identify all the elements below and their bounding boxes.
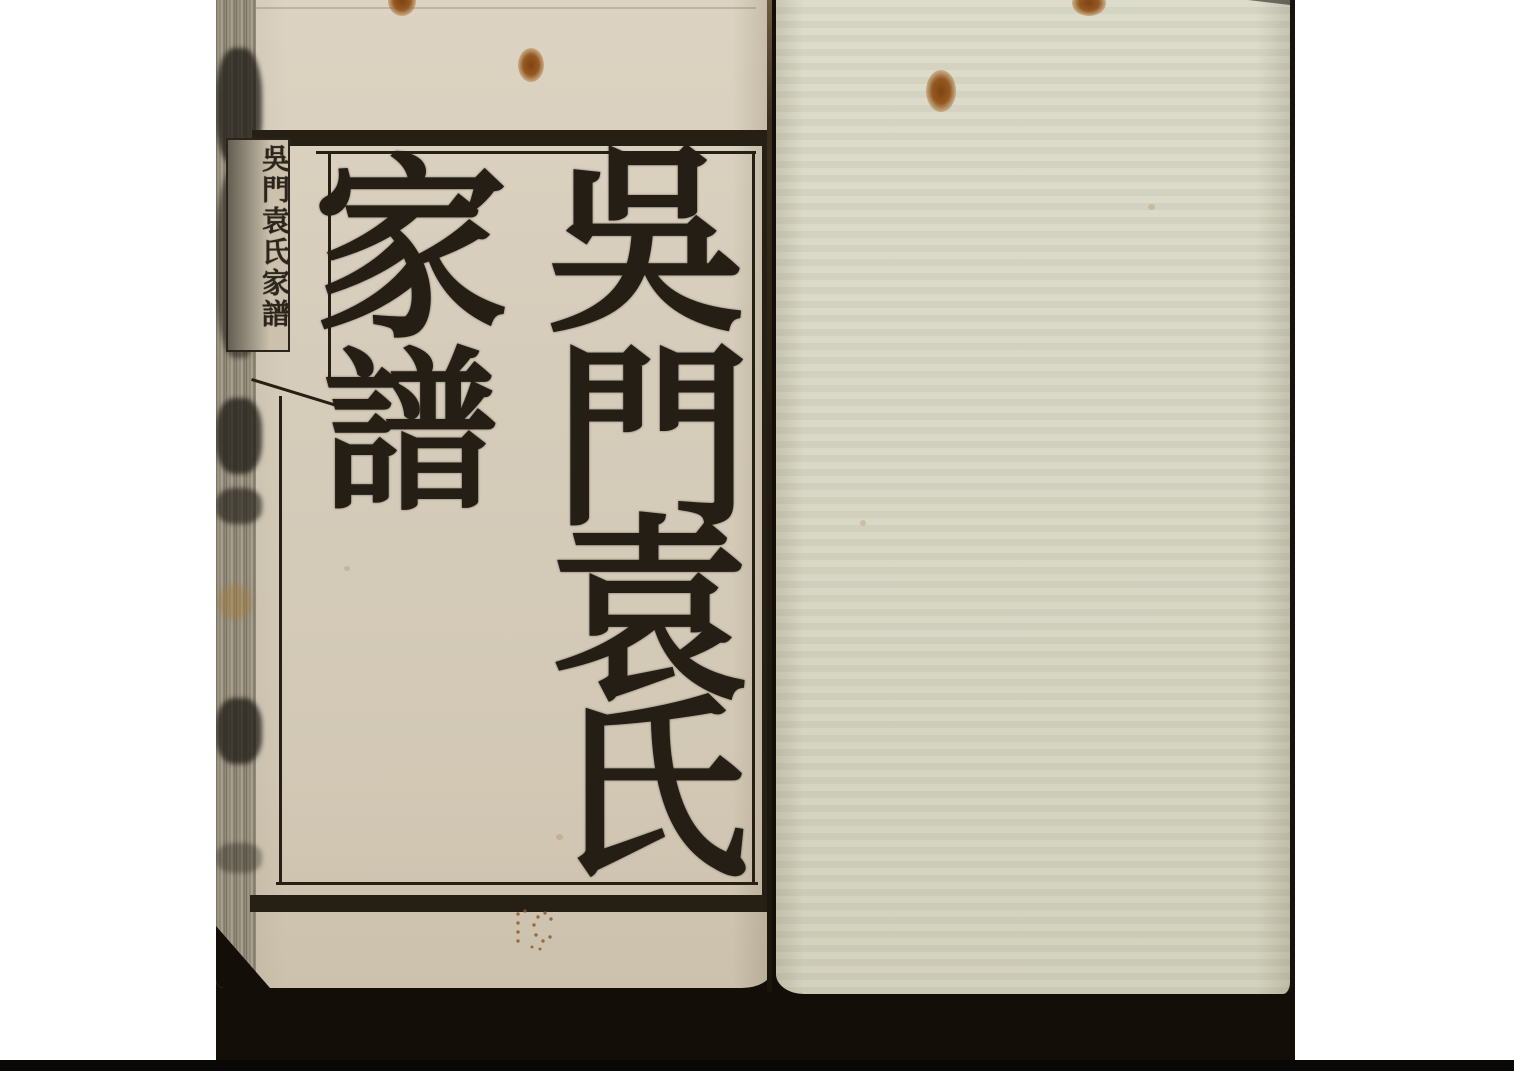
underpage-edge-line — [256, 7, 756, 9]
frame-left-border — [279, 396, 282, 885]
page-gutter — [767, 0, 772, 992]
edge-stain — [218, 584, 252, 620]
scan-bottom-bar — [0, 1060, 1514, 1071]
ink-smudge — [216, 698, 262, 764]
wormhole-stain — [388, 0, 416, 16]
title-char-jia: 家 — [313, 156, 509, 352]
foxing-speck — [556, 834, 563, 840]
ink-smudge — [216, 843, 262, 873]
title-page: 吳門袁氏家譜 吳 門 袁 氏 家 譜 — [216, 0, 772, 988]
book-scan-stage: 吳門袁氏家譜 吳 門 袁 氏 家 譜 — [0, 0, 1514, 1071]
title-char-wu: 吳 — [546, 146, 746, 346]
frame-right-inner-line — [752, 151, 755, 885]
label-shadow — [228, 140, 288, 350]
title-char-pu: 譜 — [323, 348, 497, 522]
title-char-shi: 氏 — [554, 696, 748, 890]
black-backdrop: 吳門袁氏家譜 吳 門 袁 氏 家 譜 — [216, 0, 1295, 1071]
top-edge-shadow — [1248, 0, 1290, 5]
wormhole-stain — [926, 70, 956, 112]
ink-smudge — [216, 488, 262, 524]
foxing-speck — [860, 520, 866, 526]
wormhole-stain — [1072, 0, 1106, 16]
blank-page — [776, 0, 1295, 994]
foxing-speck — [1148, 204, 1155, 210]
foxing-speck — [344, 566, 350, 571]
spine-title-label: 吳門袁氏家譜 — [226, 138, 290, 352]
ink-smudge — [216, 398, 262, 474]
wormhole-stain — [518, 48, 544, 82]
perforation-stamp-ic — [512, 904, 564, 952]
